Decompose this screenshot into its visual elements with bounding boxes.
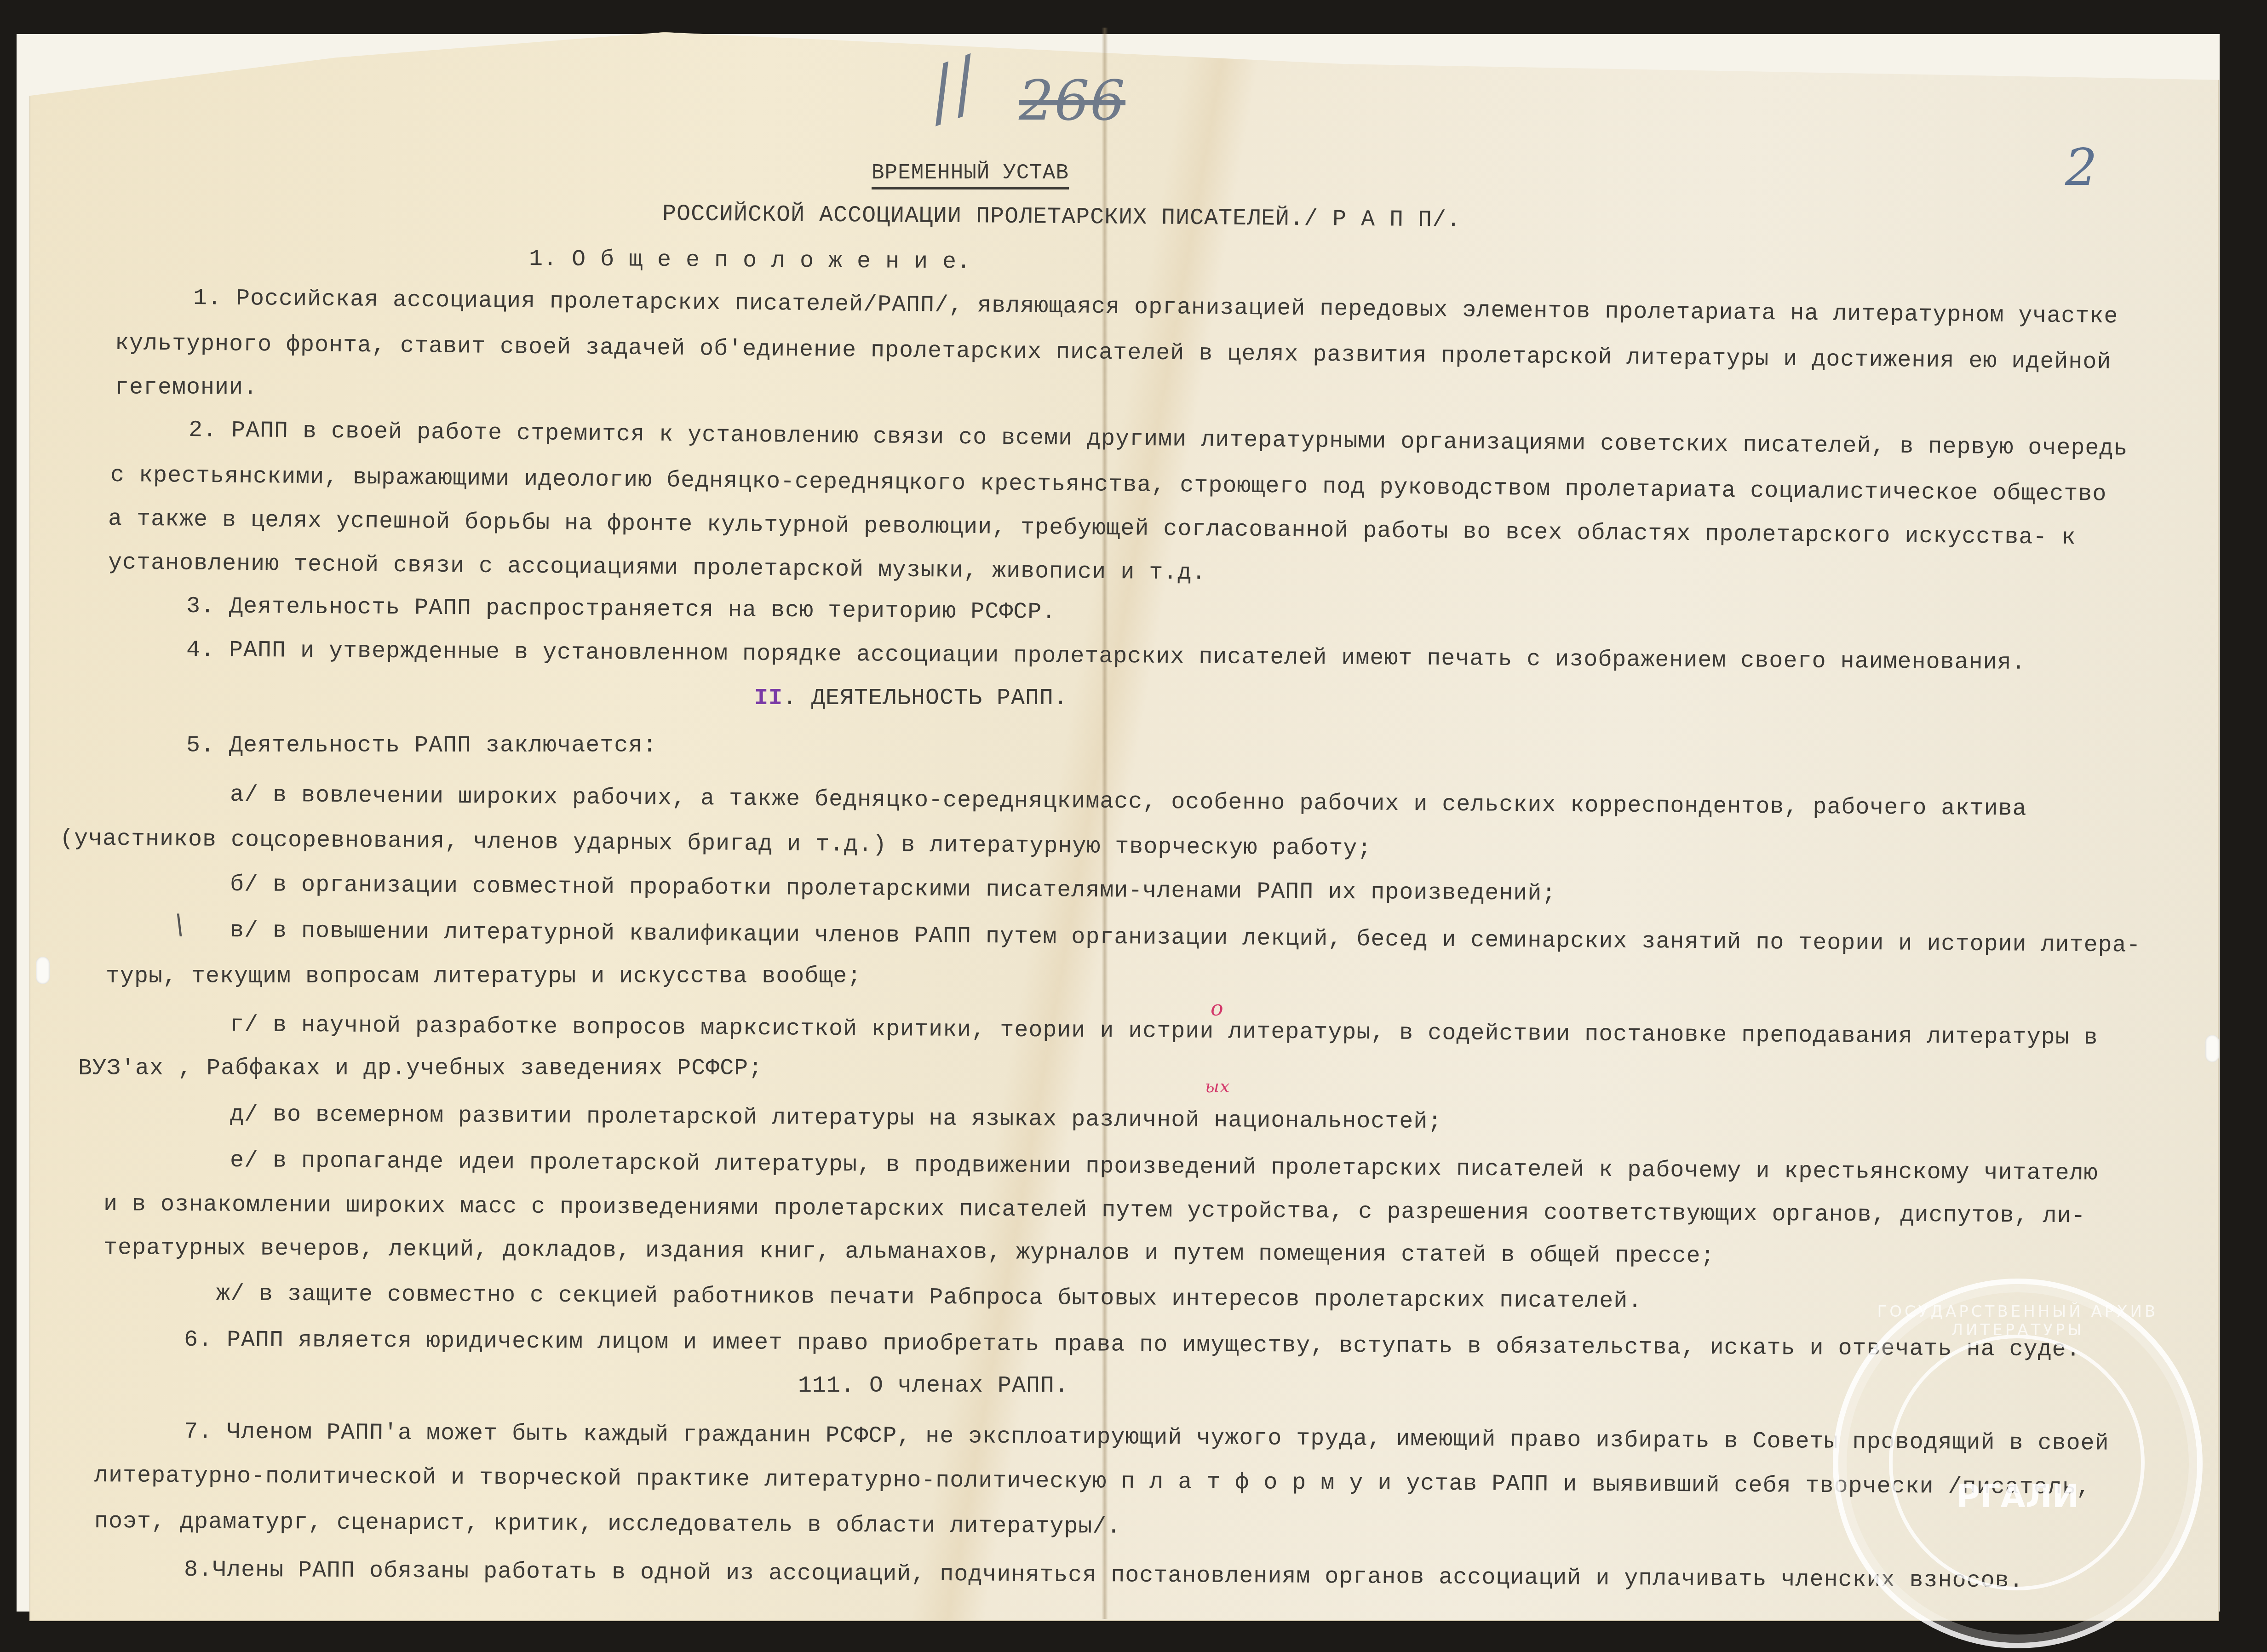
section-2-heading-text: . ДЕЯТЕЛЬНОСТЬ РАПП.: [783, 685, 1068, 711]
stamp-ring-text: ГОСУДАРСТВЕННЫЙ АРХИВ ЛИТЕРАТУРЫ: [1838, 1302, 2197, 1339]
handwritten-slashes: //: [917, 43, 988, 134]
clause-5a-line-2: (участников соцсоревнования, членов удар…: [60, 826, 1372, 862]
clause-1-line-1: 1. Российская ассоциация пролетарских пи…: [193, 285, 2118, 330]
clause-5zh: ж/ в защите совместно с секцией работник…: [216, 1281, 1642, 1314]
section-2-numeral-handwritten: II: [754, 685, 783, 711]
clause-5g-line-2: ВУЗ'ах , Рабфаках и др.учебных заведения…: [78, 1055, 763, 1082]
clause-5b: б/ в организации совместной проработки п…: [230, 872, 1556, 907]
clause-7-line-2: литературно-политической и творческой пр…: [94, 1463, 2091, 1501]
clause-2-line-2: с крестьянскими, выражающими идеологию б…: [110, 462, 2107, 508]
clause-8: 8.Члены РАПП обязаны работать в одной из…: [184, 1557, 2024, 1594]
stamp-label: РГАЛИ: [1838, 1477, 2197, 1515]
clause-4: 4. РАПП и утвержденные в установленном п…: [186, 637, 2026, 676]
handwritten-page-number: 2: [2065, 138, 2098, 197]
section-2-heading: II. ДЕЯТЕЛЬНОСТЬ РАПП.: [754, 685, 1068, 711]
clause-5: 5. Деятельность РАПП заключается:: [186, 733, 657, 759]
section-1-heading: 1. О б щ е е п о л о ж е н и е.: [529, 246, 971, 275]
clause-5v-line-1: в/ в повышении литературной квалификации…: [230, 918, 2141, 959]
clause-7-line-1: 7. Членом РАПП'а может быть каждый гражд…: [184, 1419, 2109, 1457]
clause-1-line-3: гегемонии.: [115, 375, 258, 401]
handwritten-folio-number: 266: [1019, 69, 1125, 133]
clause-5g-line-1: г/ в научной разработке вопросов марксис…: [230, 1012, 2098, 1051]
archive-watermark-stamp: ГОСУДАРСТВЕННЫЙ АРХИВ ЛИТЕРАТУРЫ РГАЛИ: [1833, 1279, 2203, 1648]
clause-2-line-3: а также в целях успешной борьбы на фронт…: [108, 506, 2076, 551]
clause-6: 6. РАПП является юридическим лицом и име…: [184, 1327, 2081, 1363]
clause-5e-line-3: тературных вечеров, лекций, докладов, из…: [103, 1235, 1715, 1269]
clause-3: 3. Деятельность РАПП распространяется на…: [186, 593, 1056, 625]
clause-5e-line-1: е/ в пропаганде идеи пролетарской литера…: [230, 1147, 2098, 1187]
clause-5e-line-2: и в ознакомлении широких масс с произвед…: [103, 1191, 2086, 1229]
clause-2-line-1: 2. РАПП в своей работе стремится к устан…: [189, 417, 2128, 462]
clause-1-line-2: культурного фронта, ставит своей задачей…: [115, 330, 2112, 376]
clause-2-line-4: установлению тесной связи с ассоциациями…: [108, 550, 1206, 586]
red-correction-mark: о: [1211, 996, 1224, 1021]
clause-5v-line-2: туры, текущим вопросам литературы и иску…: [106, 964, 861, 990]
clause-5d: д/ во всемерном развитии пролетарской ли…: [230, 1101, 1442, 1135]
margin-check-mark: \: [175, 908, 184, 941]
section-3-heading: 111. О членах РАПП.: [798, 1373, 1069, 1399]
red-correction-mark: ых: [1205, 1076, 1230, 1096]
clause-5a-line-1: а/ в вовлечении широких рабочих, а также…: [230, 782, 2027, 822]
stamp-inner-ring: [1889, 1335, 2145, 1590]
document-title: ВРЕМЕННЫЙ УСТАВ: [872, 161, 1069, 185]
document-subtitle: РОССИЙСКОЙ АССОЦИАЦИИ ПРОЛЕТАРСКИХ ПИСАТ…: [662, 201, 1461, 234]
clause-7-line-3: поэт, драматург, сценарист, критик, иссл…: [94, 1509, 1121, 1540]
